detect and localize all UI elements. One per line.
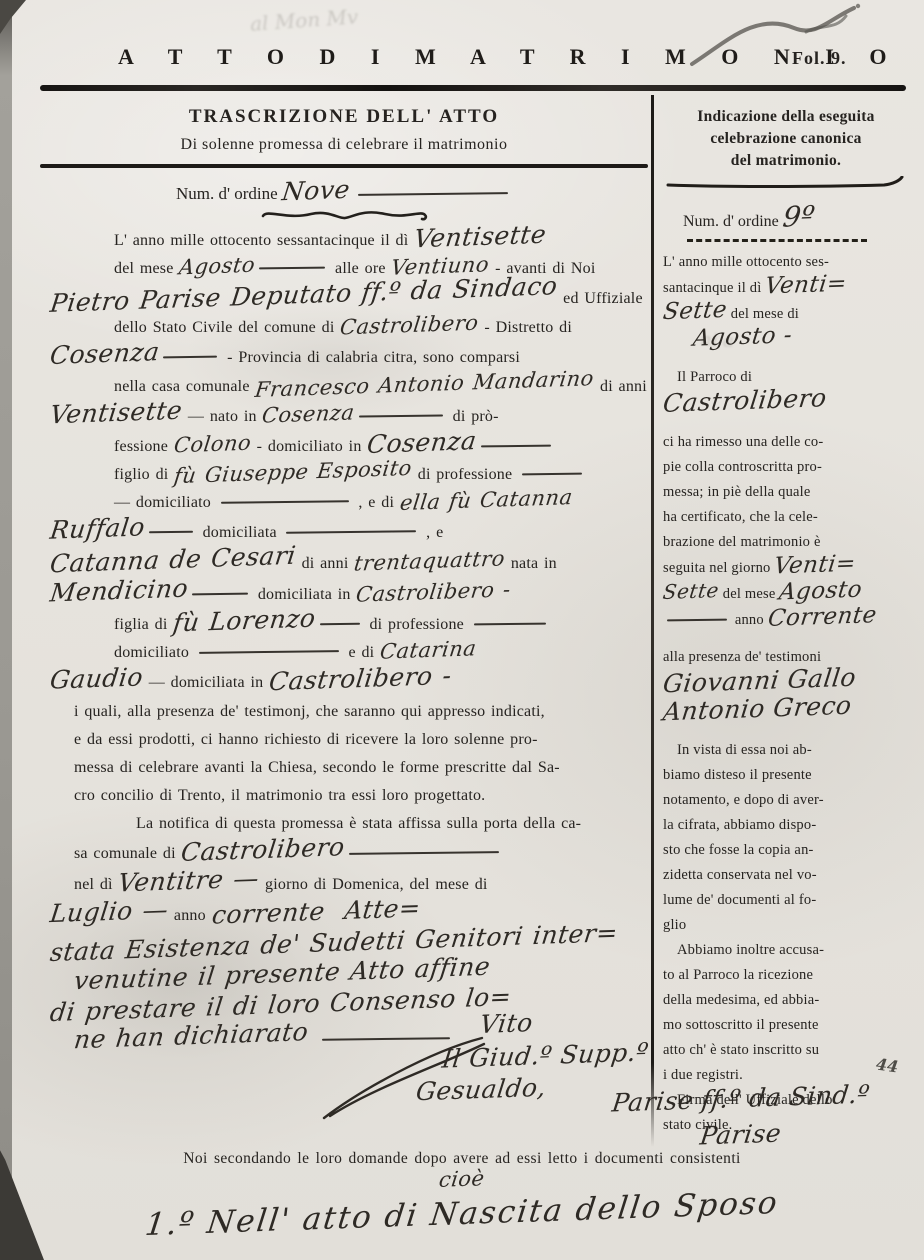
printed-text: del mese xyxy=(114,260,179,277)
handwritten-entry: corrente Atte= xyxy=(210,897,421,927)
line-vista4: la cifrata, abbiamo dispo- xyxy=(663,813,909,838)
printed-text: zidetta conservata nel vo- xyxy=(663,867,817,883)
printed-text: L' anno mille ottocento sessantacinque i… xyxy=(114,232,414,249)
ruled-blank xyxy=(259,267,325,270)
act-body-text: L' anno mille ottocento sessantacinque i… xyxy=(40,226,648,1055)
line-accusato2: to al Parroco la ricezione xyxy=(663,963,909,988)
printed-text: notamento, e dopo di aver- xyxy=(663,792,824,808)
handwritten-entry: Venti= xyxy=(764,274,848,298)
printed-text: biamo disteso il presente xyxy=(663,767,812,783)
line-request3: cro concilio di Trento, il matrimonio tr… xyxy=(40,782,648,810)
handwritten-entry: Castrolibero - xyxy=(268,665,453,694)
handwritten-entry: Agosto - xyxy=(692,325,794,349)
handwritten-entry: Colono xyxy=(173,434,253,456)
footer-addendum: Noi secondando le loro domande dopo aver… xyxy=(0,1150,924,1229)
line-vista8: glio xyxy=(663,913,909,938)
printed-text: figlio di xyxy=(114,466,174,483)
ruled-blank xyxy=(149,531,193,534)
line-rimesso2: pie colla controscritta pro- xyxy=(663,455,909,480)
ruled-blank xyxy=(667,618,727,621)
printed-text: nella casa comunale xyxy=(114,378,255,395)
left-column-rule xyxy=(40,164,648,168)
line-firma2: stato civile. xyxy=(663,1113,909,1138)
line-accusato1: Abbiamo inoltre accusa- xyxy=(663,938,909,963)
printed-text: nata in xyxy=(505,555,557,572)
line-groom-prof: fessione Colono - domiciliato in Cosenza xyxy=(40,432,648,461)
header-rule xyxy=(40,85,906,91)
order-number-label: Num. d' ordine xyxy=(683,213,779,230)
printed-text: e da essi prodotti, ci hanno richiesto d… xyxy=(74,731,538,748)
line-accusato5: atto ch' è stato inscritto su xyxy=(663,1038,909,1063)
printed-text: La notifica di questa promessa è stata a… xyxy=(136,815,581,832)
line-request1: e da essi prodotti, ci hanno richiesto d… xyxy=(40,726,648,754)
canonical-celebration-column: Indicazione della eseguita celebrazione … xyxy=(663,98,909,1138)
left-column-subheader: Di solenne promessa di celebrare il matr… xyxy=(40,136,648,154)
line-rimesso5: brazione del matrimonio è xyxy=(663,530,909,555)
line-firma1: Firma dell' Uffiziale dello xyxy=(663,1088,909,1113)
printed-text: alle ore xyxy=(329,260,391,277)
printed-text: nel dì xyxy=(74,876,118,893)
line-accusato6: i due registri. xyxy=(663,1063,909,1088)
handwritten-entry: Sette xyxy=(662,300,728,323)
handwritten-entry: Ventitre — xyxy=(117,867,261,895)
printed-text: , e xyxy=(420,524,443,541)
handwritten-entry: fù Giuseppe Esposito xyxy=(173,459,413,486)
ruled-blank xyxy=(358,192,508,196)
order-number-line: Num. d' ordine Nove xyxy=(40,180,648,204)
footer-printed-line: Noi secondando le loro domande dopo aver… xyxy=(0,1150,924,1168)
printed-text: Il Parroco di xyxy=(677,369,752,385)
order-number-rule xyxy=(687,237,867,242)
line-rimesso6: seguita nel giorno Venti= xyxy=(663,555,909,581)
printed-text: ha certificato, che la cele- xyxy=(663,509,818,525)
footer-cioe: cioè xyxy=(438,1169,486,1190)
printed-text: — domiciliata in xyxy=(143,674,269,691)
right-column-header: Indicazione della eseguita celebrazione … xyxy=(663,106,909,172)
handwritten-entry: Castrolibero xyxy=(339,314,480,338)
printed-text: messa; in piè della quale xyxy=(663,484,811,500)
printed-text: to al Parroco la ricezione xyxy=(663,967,813,983)
line-rimesso3: messa; in piè della quale xyxy=(663,480,909,505)
handwritten-entry: Antonio Greco xyxy=(662,695,853,724)
printed-text: — nato in xyxy=(182,408,262,425)
ruled-blank xyxy=(192,593,248,596)
footer-final-line: 1.º Nell' atto di Nascita dello Sposo xyxy=(144,1190,781,1240)
printed-text: pie colla controscritta pro- xyxy=(663,459,822,475)
line-accusato3: della medesima, ed abbia- xyxy=(663,988,909,1013)
line-bride-mother2: Gaudio — domiciliata in Castrolibero - xyxy=(40,667,648,698)
handwritten-entry: Francesco Antonio Mandarino xyxy=(254,369,595,400)
printed-text: L' anno mille ottocento ses- xyxy=(663,254,829,270)
printed-text: giorno di Domenica, del mese di xyxy=(259,876,487,893)
handwritten-entry: trentaquattro xyxy=(353,549,506,573)
printed-text: alla presenza de' testimoni xyxy=(663,649,821,665)
line-vista6: zidetta conservata nel vo- xyxy=(663,863,909,888)
handwritten-entry: Venti= xyxy=(773,554,857,578)
line-notifica2: sa comunale di Castrolibero xyxy=(40,838,648,869)
printed-text: domiciliata xyxy=(197,524,283,541)
order-number-line-right: Num. d' ordine 9º xyxy=(663,204,909,231)
handwritten-entry: Luglio — xyxy=(49,899,170,926)
printed-text: mo sottoscritto il presente xyxy=(663,1017,819,1033)
transcription-column: TRASCRIZIONE DELL' ATTO Di solenne prome… xyxy=(40,98,648,1055)
line-bride-born: Mendicino domiciliata in Castrolibero - xyxy=(40,579,648,610)
printed-text: i due registri. xyxy=(663,1067,743,1083)
line-vista3: notamento, e dopo di aver- xyxy=(663,788,909,813)
printed-text: stato civile. xyxy=(663,1117,732,1133)
signature-giudice: Il Giud.º Supp.º xyxy=(441,1041,650,1071)
line-anno1: L' anno mille ottocento ses- xyxy=(663,250,909,275)
line-bride: Catanna de Cesari di anni trentaquattro … xyxy=(40,548,648,579)
ruled-blank xyxy=(349,851,499,855)
printed-text: In vista di essa noi ab- xyxy=(677,742,812,758)
handwritten-entry: Cosenza xyxy=(49,341,161,367)
handwritten-entry: Castrolibero xyxy=(662,387,828,415)
printed-text: figlia di xyxy=(114,616,173,633)
handwritten-entry: Cosenza xyxy=(366,430,478,456)
line-bride-father: figlia di fù Lorenzo di professione xyxy=(40,610,648,639)
bleed-through-text: al Mon Mv xyxy=(249,4,359,35)
page-title: A T T O D I M A T R I M O N I O xyxy=(118,44,894,70)
handwritten-entry: Castrolibero - xyxy=(355,580,512,604)
line-anno4: Agosto - xyxy=(663,327,909,353)
printed-text: Firma dell' Uffiziale dello xyxy=(677,1092,833,1108)
line-vista1: In vista di essa noi ab- xyxy=(663,738,909,763)
right-header-line3: del matrimonio. xyxy=(663,150,909,172)
printed-text: domiciliato xyxy=(114,644,195,661)
printed-text: di professione xyxy=(412,466,518,483)
flourish-underline xyxy=(666,176,906,190)
line-request2: messa di celebrare avanti la Chiesa, sec… xyxy=(40,754,648,782)
handwritten-entry: ella fù Catanna xyxy=(399,488,574,513)
handwritten-entry: Agosto xyxy=(178,256,256,278)
printed-text: cro concilio di Trento, il matrimonio tr… xyxy=(74,787,485,804)
ruled-blank xyxy=(163,356,217,359)
right-header-line1: Indicazione della eseguita xyxy=(663,106,909,128)
printed-text: anno xyxy=(731,612,768,628)
handwritten-entry: Cosenza xyxy=(261,403,356,425)
order-number-value: 9º xyxy=(781,203,816,229)
line-year: L' anno mille ottocento sessantacinque i… xyxy=(40,226,648,255)
printed-text: brazione del matrimonio è xyxy=(663,534,821,550)
ruled-blank xyxy=(522,473,582,476)
line-witness-clause: i quali, alla presenza de' testimonj, ch… xyxy=(40,698,648,726)
signature-gesualdo: Gesualdo, xyxy=(415,1077,548,1104)
handwritten-entry: Mendicino xyxy=(49,578,190,605)
handwritten-entry: Ventisette xyxy=(49,400,184,427)
printed-text: domiciliata in xyxy=(252,586,356,603)
handwritten-entry: Castrolibero xyxy=(180,836,346,864)
line-rimesso4: ha certificato, che la cele- xyxy=(663,505,909,530)
handwritten-entry: Gaudio xyxy=(49,666,145,692)
left-column-header: TRASCRIZIONE DELL' ATTO xyxy=(40,106,648,128)
line-witness2: Antonio Greco xyxy=(663,698,909,726)
handwritten-entry: Agosto xyxy=(778,579,864,603)
printed-text: sa comunale di xyxy=(74,845,181,862)
printed-text: la cifrata, abbiamo dispo- xyxy=(663,817,816,833)
printed-text: - domiciliato in xyxy=(251,438,367,455)
ruled-blank xyxy=(474,623,546,626)
handwritten-entry: fù Lorenzo xyxy=(172,607,317,635)
printed-text: fessione xyxy=(114,438,174,455)
handwritten-entry: Ventisette xyxy=(413,224,548,251)
line-groom-age: Ventisette — nato in Cosenza di prò- xyxy=(40,401,648,432)
handwritten-entry: Sette xyxy=(662,581,720,601)
order-number-value: Nove xyxy=(281,179,352,204)
brace-ornament xyxy=(259,206,429,222)
handwritten-entry: Catanna de Cesari xyxy=(49,545,298,576)
printed-text: glio xyxy=(663,917,686,933)
printed-text: anno xyxy=(168,907,211,924)
printed-text: e di xyxy=(343,644,380,661)
printed-text: - Provincia di calabria citra, sono comp… xyxy=(221,349,520,366)
handwritten-entry: Ruffalo xyxy=(49,516,147,542)
folio-number: Fol. 9. xyxy=(792,48,847,69)
printed-text: del mese di xyxy=(727,306,799,322)
signature-vito: Vito xyxy=(479,1012,534,1036)
line-official: Pietro Parise Deputato ff.º da Sindaco e… xyxy=(40,283,648,314)
ruled-blank xyxy=(286,531,416,535)
printed-text: ed Uffiziale xyxy=(557,290,642,307)
printed-text: messa di celebrare avanti la Chiesa, sec… xyxy=(74,759,560,776)
printed-text: i quali, alla presenza de' testimonj, ch… xyxy=(74,703,545,720)
printed-text: di anni xyxy=(594,378,647,395)
printed-text: Abbiamo inoltre accusa- xyxy=(677,942,824,958)
scan-edge-strip xyxy=(0,0,12,1260)
handwritten-entry: Catarina xyxy=(379,639,478,661)
printed-text: lume de' documenti al fo- xyxy=(663,892,816,908)
printed-text: del mese xyxy=(719,586,779,602)
ruled-blank xyxy=(221,501,349,505)
ruled-blank xyxy=(481,445,551,448)
line-groom-mother2: Ruffalo domiciliata , e xyxy=(40,517,648,548)
printed-text: atto ch' è stato inscritto su xyxy=(663,1042,819,1058)
ruled-blank xyxy=(320,623,360,625)
order-number-label: Num. d' ordine xyxy=(176,184,278,203)
canonical-body-text: L' anno mille ottocento ses-santacinque … xyxy=(663,250,909,1138)
printed-text: sto che fosse la copia an- xyxy=(663,842,814,858)
line-vista7: lume de' documenti al fo- xyxy=(663,888,909,913)
line-parroco-loc: Castrolibero xyxy=(663,390,909,418)
line-vista2: biamo disteso il presente xyxy=(663,763,909,788)
line-rimesso1: ci ha rimesso una delle co- xyxy=(663,430,909,455)
printed-text: seguita nel giorno xyxy=(663,560,774,576)
ruled-blank xyxy=(199,650,339,654)
right-header-line2: celebrazione canonica xyxy=(663,128,909,150)
line-rimesso8: anno Corrente xyxy=(663,607,909,633)
printed-text: di professione xyxy=(364,616,470,633)
printed-text: di prò- xyxy=(447,408,499,425)
marriage-act-document: al Mon Mv ni a A T T O D I M A T R I M O… xyxy=(0,0,924,1260)
column-divider xyxy=(651,95,654,1147)
handwritten-entry: Corrente xyxy=(766,605,877,630)
printed-text: santacinque il dì xyxy=(663,280,765,296)
printed-text: - Distretto di xyxy=(479,319,572,336)
printed-text: , e di xyxy=(353,494,400,511)
line-accusato4: mo sottoscritto il presente xyxy=(663,1013,909,1038)
printed-text: — domiciliato xyxy=(114,494,217,511)
ruled-blank xyxy=(359,415,443,418)
printed-text: di anni xyxy=(296,555,354,572)
handwritten-entry: ne han dichiarato xyxy=(73,1021,320,1052)
printed-text: della medesima, ed abbia- xyxy=(663,992,819,1008)
printed-text: dello Stato Civile del comune di xyxy=(114,319,340,336)
line-vista5: sto che fosse la copia an- xyxy=(663,838,909,863)
printed-text: ci ha rimesso una delle co- xyxy=(663,434,823,450)
